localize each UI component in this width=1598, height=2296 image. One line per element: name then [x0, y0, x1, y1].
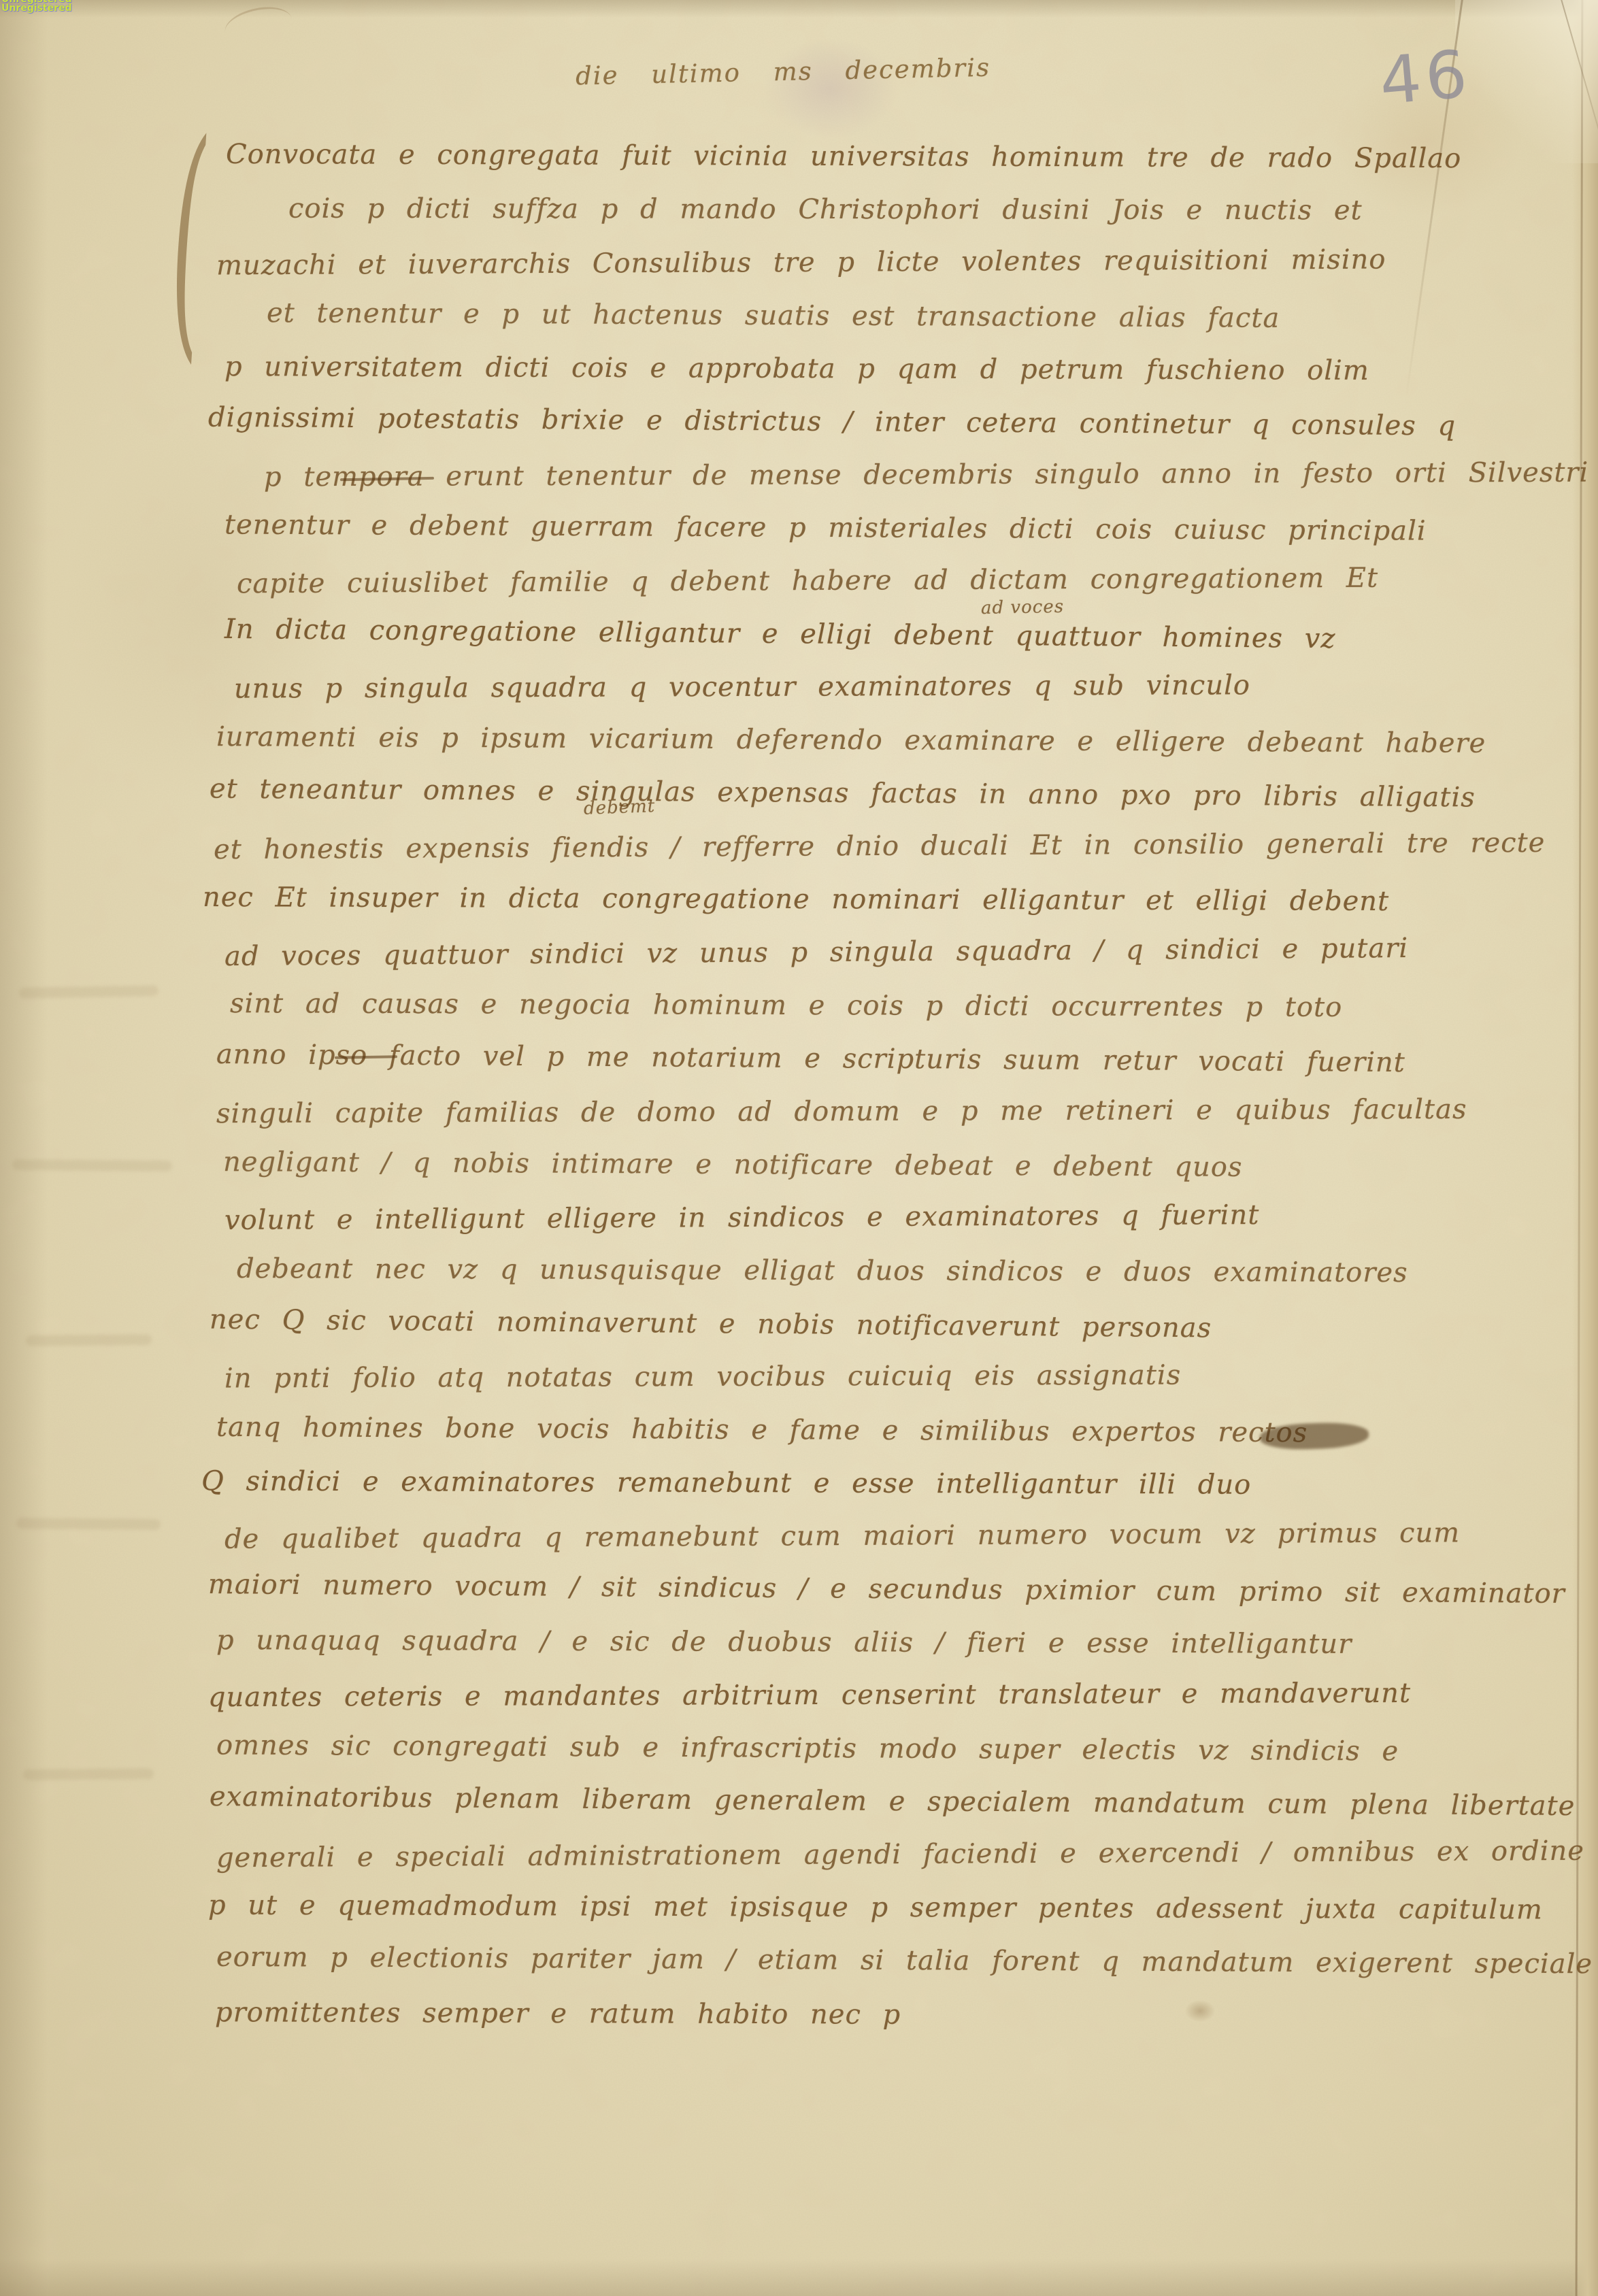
manuscript-line: dignissimi potestatis brixie e districtu…	[208, 404, 1456, 440]
manuscript-line: In dicta congregatione elligantur e elli…	[224, 616, 1336, 652]
manuscript-line: nec Et insuper in dicta congregatione no…	[203, 884, 1389, 915]
page-edge-shadow-left	[0, 0, 48, 2296]
manuscript-line: in pnti folio atq notatas cum vocibus cu…	[224, 1362, 1181, 1393]
manuscript-line: p unaquaq squadra / e sic de duobus alii…	[216, 1627, 1352, 1658]
manuscript-line: et honestis expensis fiendis / refferre …	[214, 829, 1546, 863]
show-through-mark	[12, 1159, 172, 1171]
manuscript-line: anno ipso facto vel p me notarium e scri…	[216, 1041, 1405, 1076]
manuscript-line: p tempora erunt tenentur de mense decemb…	[264, 459, 1588, 491]
manuscript-page: Unregistered Unregistered die ultimo ms …	[0, 0, 1598, 2296]
manuscript-line: de qualibet quadra q remanebunt cum maio…	[224, 1519, 1460, 1553]
manuscript-line: p ut e quemadmodum ipsi met ipsisque p s…	[208, 1892, 1543, 1924]
manuscript-line: volunt e intelligunt elligere in sindico…	[224, 1201, 1260, 1234]
manuscript-line: singuli capite familias de domo ad domum…	[216, 1096, 1467, 1127]
page-edge-shadow-bottom	[0, 2259, 1598, 2296]
folio-number: 46	[1376, 35, 1474, 119]
manuscript-line: tenentur e debent guerram facere p miste…	[224, 511, 1427, 544]
manuscript-line: ad voces quattuor sindici vz unus p sing…	[224, 935, 1408, 970]
manuscript-line: quantes ceteris e mandantes arbitrium ce…	[208, 1680, 1411, 1711]
manuscript-line: unus p singula squadra q vocentur examin…	[234, 671, 1250, 702]
ink-smudge-stain	[762, 37, 898, 139]
manuscript-line: examinatoribus plenam liberam generalem …	[210, 1783, 1576, 1820]
superscript-insertion: debemt	[584, 796, 656, 819]
manuscript-line: et tenentur e p ut hactenus suatis est t…	[267, 299, 1280, 332]
manuscript-line: Q sindici e examinatores remanebunt e es…	[201, 1467, 1251, 1498]
show-through-mark	[19, 985, 159, 999]
manuscript-line: nec Q sic vocati nominaverunt e nobis no…	[210, 1306, 1212, 1342]
manuscript-line: iuramenti eis p ipsum vicarium deferendo…	[216, 723, 1486, 757]
manuscript-line: negligant / q nobis intimare e notificar…	[223, 1148, 1243, 1181]
initial-letter: (	[171, 114, 205, 367]
manuscript-line: cois p dicti suffza p d mando Christopho…	[288, 195, 1363, 224]
manuscript-line: promittentes semper e ratum habito nec p	[215, 1999, 901, 2029]
manuscript-line: sint ad causas e negocia hominum e cois …	[230, 990, 1342, 1021]
show-through-mark	[16, 1518, 161, 1529]
manuscript-line: et teneantur omnes e singulas expensas f…	[210, 776, 1476, 812]
manuscript-line: muzachi et iuverarchis Consulibus tre p …	[216, 246, 1386, 279]
paper-stain	[1185, 2000, 1215, 2022]
corner-fold-highlight	[1455, 0, 1598, 163]
manuscript-line: eorum p electionis pariter jam / etiam s…	[216, 1944, 1593, 1978]
manuscript-line: omnes sic congregati sub e infrascriptis…	[216, 1731, 1399, 1765]
manuscript-line: maiori numero vocum / sit sindicus / e s…	[208, 1571, 1565, 1608]
manuscript-line: tanq homines bone vocis habitis e fame e…	[216, 1414, 1308, 1446]
manuscript-line: capite cuiuslibet familie q debent haber…	[237, 565, 1378, 598]
manuscript-line: Convocata e congregata fuit vicinia univ…	[226, 141, 1461, 172]
show-through-mark	[26, 1334, 152, 1346]
manuscript-line: debeant nec vz q unusquisque elligat duo…	[237, 1255, 1408, 1286]
show-through-mark	[23, 1768, 154, 1780]
superscript-insertion: ad voces	[981, 597, 1065, 618]
manuscript-line: generali e speciali administrationem age…	[216, 1837, 1584, 1872]
heading-date: die ultimo ms decembris	[576, 53, 991, 91]
watermark-text: Unregistered Unregistered	[1, 0, 72, 13]
manuscript-line: p universitatem dicti cois e approbata p…	[224, 353, 1369, 384]
